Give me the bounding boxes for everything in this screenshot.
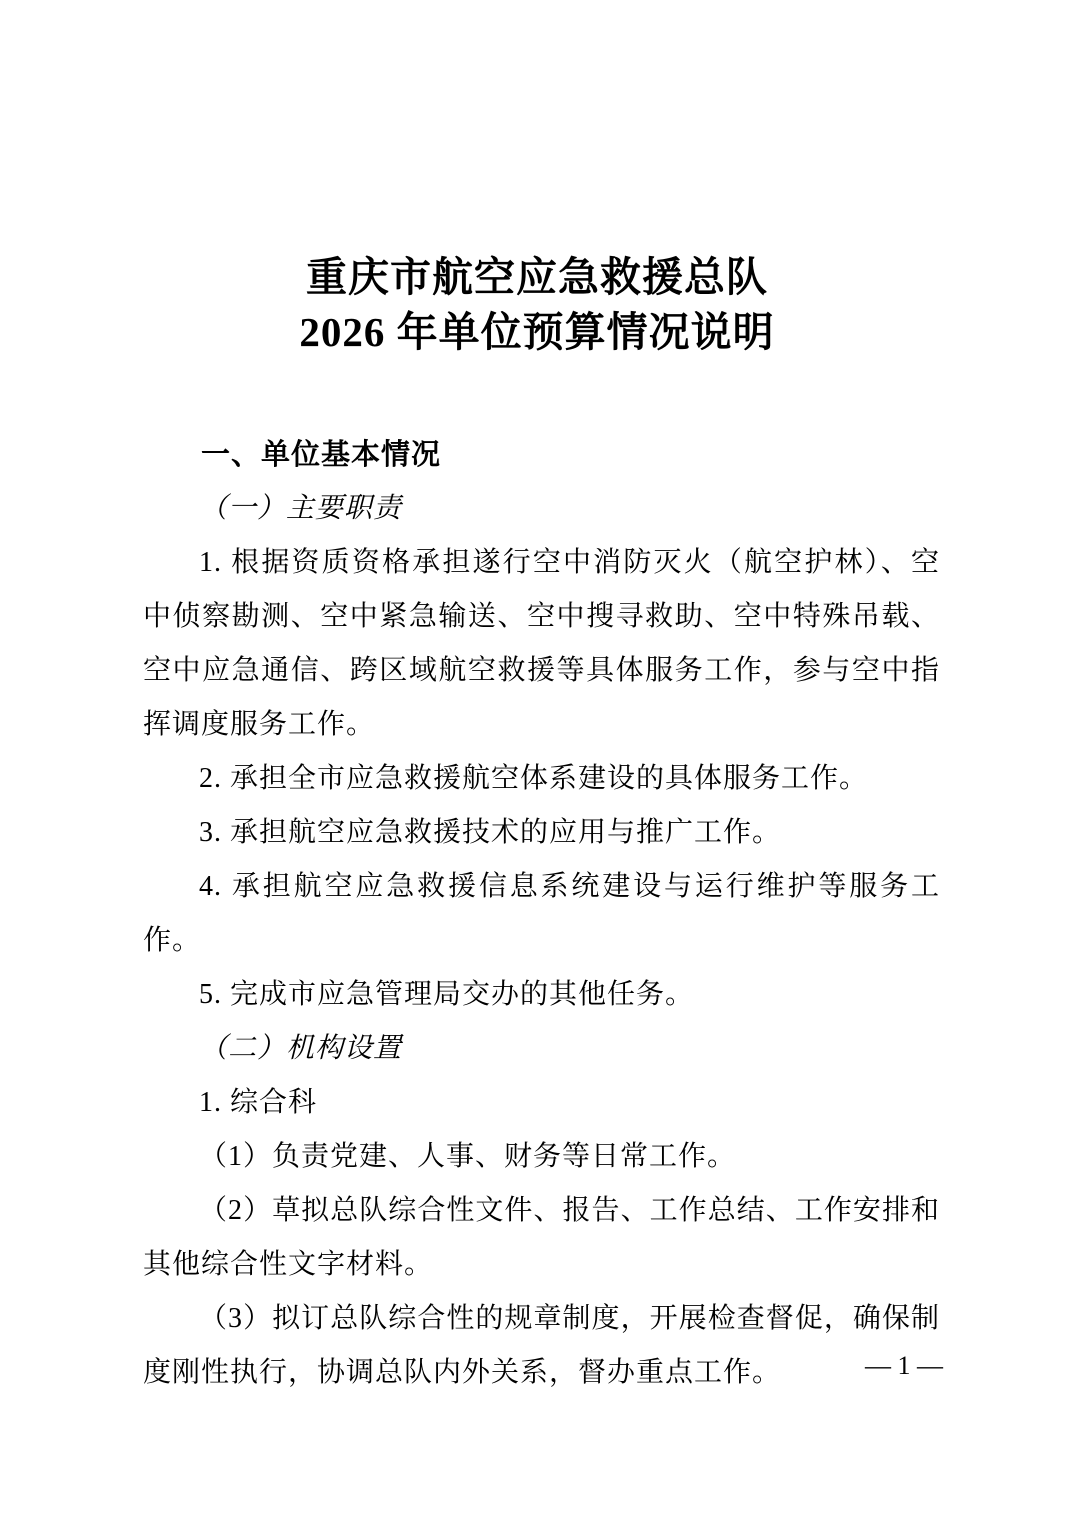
section-heading2: （二）机构设置	[143, 1022, 940, 1076]
document-title-line-1: 重庆市航空应急救援总队	[0, 250, 1074, 305]
document-title-line-2: 2026 年单位预算情况说明	[0, 305, 1074, 360]
body-paragraph: 1. 综合科	[143, 1076, 940, 1130]
body-paragraph: （2）草拟总队综合性文件、报告、工作总结、工作安排和其他综合性文字材料。	[143, 1184, 940, 1292]
section-heading1: 一、单位基本情况	[143, 428, 940, 482]
page-number: — 1 —	[865, 1350, 943, 1382]
body-paragraph: 4. 承担航空应急救援信息系统建设与运行维护等服务工作。	[143, 860, 940, 968]
document-body: 一、单位基本情况（一）主要职责1. 根据资质资格承担遂行空中消防灭火（航空护林）…	[143, 428, 940, 1400]
body-paragraph: （3）拟订总队综合性的规章制度，开展检查督促，确保制度刚性执行，协调总队内外关系…	[143, 1292, 940, 1400]
document-page: 重庆市航空应急救援总队 2026 年单位预算情况说明 一、单位基本情况（一）主要…	[0, 0, 1074, 1520]
body-paragraph: 5. 完成市应急管理局交办的其他任务。	[143, 968, 940, 1022]
body-paragraph: （1）负责党建、人事、财务等日常工作。	[143, 1130, 940, 1184]
document-title: 重庆市航空应急救援总队 2026 年单位预算情况说明	[0, 0, 1074, 360]
section-heading2: （一）主要职责	[143, 482, 940, 536]
body-paragraph: 2. 承担全市应急救援航空体系建设的具体服务工作。	[143, 752, 940, 806]
body-paragraph: 3. 承担航空应急救援技术的应用与推广工作。	[143, 806, 940, 860]
body-paragraph: 1. 根据资质资格承担遂行空中消防灭火（航空护林）、空中侦察勘测、空中紧急输送、…	[143, 536, 940, 752]
